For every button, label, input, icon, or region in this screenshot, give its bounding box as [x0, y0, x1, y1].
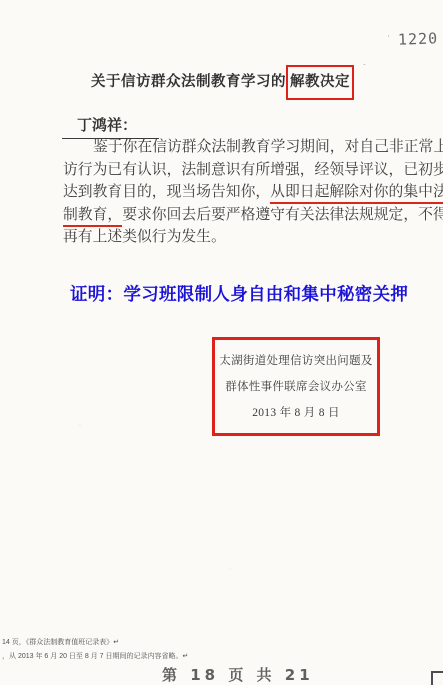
body-line-5: 再有上述类似行为发生。 — [63, 226, 441, 249]
body-line-4: 制教育，要求你回去后要严格遵守有关法律法规规定，不得 — [63, 204, 441, 227]
body-line-1: 鉴于你在信访群众法制教育学习期间，对自己非正常上 — [63, 136, 441, 159]
crop-corner-mark — [431, 671, 443, 685]
footnote-line-2: ，从 2013 年 6 月 20 日至 8 月 7 日期间的记录内容省略。↵ — [2, 650, 188, 664]
body-line-3: 达到教育目的，现当场告知你，从即日起解除对你的集中法 — [63, 181, 441, 204]
page-stamp-number: 1220 — [398, 29, 439, 48]
signature-red-box: 太湖街道处理信访突出问题及 群体性事件联席会议办公室 2013 年 8 月 8 … — [212, 337, 380, 436]
page-number-footer: 第 18 页 共 21 — [162, 664, 314, 685]
signature-date: 2013 年 8 月 8 日 — [219, 400, 373, 426]
body-line-2: 访行为已有认识，法制意识有所增强，经领导评议，已初步 — [63, 159, 441, 182]
footnote-line-1: 14 页，《群众法制教育值班记录表》↵ — [2, 636, 188, 650]
body-line-4-text: 要求你回去后要严格遵守有关法律法规规定，不得 — [122, 207, 443, 223]
body-line-1-text: 鉴于你在信访群众法制教育学习期间，对自己非正常上 — [93, 139, 443, 155]
scanned-document-page: 1220 · ˊ 关于信访群众法制教育学习的解教决定 丁鸿祥： 鉴于你在信访群众… — [0, 0, 443, 685]
red-underlined-phrase-1: 从即日起解除对你的集中法 — [270, 184, 443, 204]
document-title: 关于信访群众法制教育学习的解教决定 — [0, 68, 443, 97]
signature-org-line-1: 太湖街道处理信访突出问题及 — [219, 348, 373, 374]
body-line-5-text: 再有上述类似行为发生。 — [63, 229, 226, 245]
blue-handwritten-annotation: 证明：学习班限制人身自由和集中秘密关押 — [70, 281, 408, 306]
body-line-2-text: 访行为已有认识，法制意识有所增强，经领导评议，已初步 — [63, 162, 443, 178]
scan-speck: · — [387, 31, 390, 41]
signature-org-line-2: 群体性事件联席会议办公室 — [219, 374, 373, 400]
red-underlined-phrase-2: 制教育， — [63, 207, 122, 227]
document-title-text: 关于信访群众法制教育学习的 — [91, 74, 286, 90]
body-line-3-text: 达到教育目的，现当场告知你， — [63, 184, 270, 200]
footnotes: 14 页，《群众法制教育值班记录表》↵ ，从 2013 年 6 月 20 日至 … — [2, 636, 188, 663]
document-body: 鉴于你在信访群众法制教育学习期间，对自己非正常上 访行为已有认识，法制意识有所增… — [63, 136, 441, 249]
red-annotation-box-title: 解教决定 — [286, 65, 354, 100]
